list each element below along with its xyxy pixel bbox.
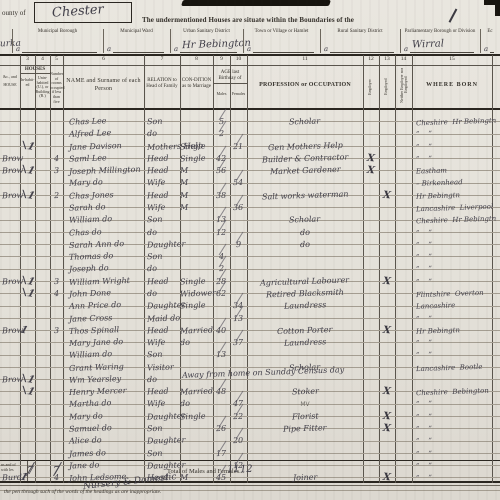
header-rooms: Number of rooms occupied if less than fi… (50, 72, 63, 104)
district-ditto-mark: a (107, 46, 111, 53)
census-row: Ann Price doDaughterSingle34LaundressLan… (0, 294, 500, 306)
column-number: 4 (35, 56, 50, 65)
district-ditto-mark: a (247, 46, 251, 53)
header-house-fragment: &c., and HOUSE (0, 75, 20, 87)
column-number: 13 (379, 56, 395, 65)
census-row: Joseph dodo2” ” (0, 257, 500, 269)
age-male-cell (213, 478, 230, 489)
column-number: 6 (63, 56, 144, 65)
column-number: 3 (20, 56, 35, 65)
census-row: Brow⟍13William WrightHeadSingle28Agricul… (0, 270, 500, 282)
census-row: William doSon13ScholarCheshire Hr Bebing… (0, 208, 500, 220)
header-uninhabited: Unin-habited (U.), or Building (B.) (35, 76, 50, 99)
header-condition: CON-DITION as to Marriage (180, 78, 213, 90)
scan-artifact-corner-side (495, 0, 500, 16)
district-label: Rural Sanitary District (320, 29, 400, 35)
age-subdivider (230, 88, 231, 108)
column-number: 12 (363, 56, 379, 65)
census-row: Thomas doSon4” ” (0, 245, 500, 257)
employed-cell (379, 478, 395, 489)
census-row: Chas LeeSon5ScholarCheshire Hr Bebingtn (0, 110, 500, 122)
census-row: Grant WaringVisitorScholarLancashire Boo… (0, 356, 500, 368)
census-row: Sarah doWifeM36Lancashire Liverpool (0, 196, 500, 208)
district-ditto-mark: a (484, 46, 488, 53)
census-row: William doSon13” ” (0, 343, 500, 355)
district-label: Parliamentary Borough or Division (400, 29, 480, 35)
column-number (0, 56, 20, 65)
neither-cell (395, 478, 412, 489)
margin-fragment-line2: with les (0, 468, 27, 473)
header-age-males: Males (213, 92, 230, 97)
district-divider (170, 29, 171, 53)
column-number: 5 (50, 56, 63, 65)
district-writing-line (490, 43, 494, 53)
born-cell (412, 478, 492, 489)
district-ditto-mark: a (16, 46, 20, 53)
census-row: ⟍1Henry MercerHeadMarried48StokerXCheshi… (0, 380, 500, 392)
occupation-cell (247, 478, 363, 489)
condition-cell (180, 478, 213, 489)
employer-cell (363, 478, 379, 489)
column-number: 9 (213, 56, 230, 65)
census-row: Mary Jane doWifedo37Laundress” ” (0, 331, 500, 343)
header-age-group: AGE last Birthday of (213, 70, 247, 84)
district-label: Ec (480, 29, 500, 35)
district-ditto-mark: a (404, 46, 408, 53)
district-divider (480, 29, 481, 53)
column-number-strip: 3456789101112131415 (0, 56, 500, 65)
census-row: Brow⟍1Wm YearsleydoAway from home on Sun… (0, 368, 500, 380)
age-female-cell (230, 478, 247, 489)
census-row: Brow4Saml LeeHeadSingle42Builder & Contr… (0, 147, 500, 159)
column-number: 15 (412, 56, 492, 65)
census-row: ⟍1Jane DavisonMothers HelpSingle21Gen Mo… (0, 135, 500, 147)
header-occupation: PROFESSION or OCCUPATION (247, 82, 363, 90)
census-row: Brow⟍13Joseph MillingtonHeadM56Market Ga… (0, 159, 500, 171)
district-divider (243, 29, 244, 53)
header-houses-group: HOUSES (20, 67, 50, 74)
column-number: 11 (247, 56, 363, 65)
district-label: Municipal Ward (103, 29, 170, 35)
pen-stroke-mark (449, 9, 457, 23)
scan-artifact-top (181, 0, 331, 6)
district-divider (400, 29, 401, 53)
header-age-females: Females (230, 92, 247, 97)
column-number: 10 (230, 56, 247, 65)
district-label: Urban Sanitary District (170, 29, 243, 35)
census-row: Brow⟍12Chas JonesHeadM38Salt works water… (0, 184, 500, 196)
district-ditto-mark: a (174, 46, 178, 53)
header-relation: RELATION to Head of Family (144, 78, 180, 90)
edge-cell (492, 478, 500, 489)
census-row: Mary doWifeM54– Birkenhead (0, 171, 500, 183)
header-employed: Employed (384, 68, 392, 106)
column-number: 8 (180, 56, 213, 65)
header-house-line2: HOUSE (0, 83, 20, 88)
district-writing-line (113, 43, 164, 53)
column-number: 7 (144, 56, 180, 65)
header-neither: Neither Employer nor Employed (400, 66, 409, 104)
district-label: Town or Village or Hamlet (243, 29, 320, 35)
county-label: ounty of (2, 9, 26, 17)
table-body: Chas LeeSon5ScholarCheshire Hr BebingtnA… (0, 110, 500, 491)
district-divider (320, 29, 321, 53)
census-row: Brow13Thos SpinallHeadMarried40Cotton Po… (0, 319, 500, 331)
census-row: Jane CrossMaid do13” ” (0, 307, 500, 319)
census-row: Sarah Ann doDaughter9do” ” (0, 233, 500, 245)
district-ditto-mark: a (324, 46, 328, 53)
district-label: Municipal Borough (12, 29, 103, 35)
females-total: 12 (240, 465, 253, 475)
census-row: ⟍14John DonedoWidower62Retired Blacksmit… (0, 282, 500, 294)
census-row: Alfred Leedo2” ” (0, 122, 500, 134)
census-row: Alice doDaughter20” ” (0, 429, 500, 441)
margin-fragment-box: ns and of with les (0, 461, 28, 481)
district-writing-line (330, 43, 394, 53)
header-name: NAME and Surname of each Person (63, 78, 144, 93)
district-value: Wirral (412, 39, 444, 50)
header-inhabited: In-habit-ed (20, 78, 35, 87)
header-employer: Employer (368, 68, 376, 106)
column-number: 14 (395, 56, 412, 65)
census-row: Martha doWifedo47MV” ” (0, 392, 500, 404)
numbers-underline (0, 65, 500, 66)
census-row: James doSon17” ” (0, 442, 500, 454)
census-row: Samuel doSon26Pipe FitterX” ” (0, 417, 500, 429)
district-divider (103, 29, 104, 53)
header-house-line1: &c., and (0, 75, 20, 80)
census-row: Chas dodo12do” ” (0, 221, 500, 233)
column-number (492, 56, 500, 65)
district-divider (12, 29, 13, 53)
header-where-born: WHERE BORN (412, 82, 492, 90)
district-writing-line (22, 43, 97, 53)
males-total: 11 (227, 465, 240, 475)
county-value: Chester (52, 3, 105, 20)
boundary-statement: The undermentioned Houses are situate wi… (142, 16, 354, 24)
census-page: ounty of Chester The undermentioned Hous… (0, 0, 500, 500)
district-writing-line (253, 43, 314, 53)
census-row: Mary doDaughterSingle22FloristX” ” (0, 405, 500, 417)
totals-label: Total of Males and Females... (118, 468, 244, 475)
district-value: Hr Bebington (182, 39, 251, 51)
